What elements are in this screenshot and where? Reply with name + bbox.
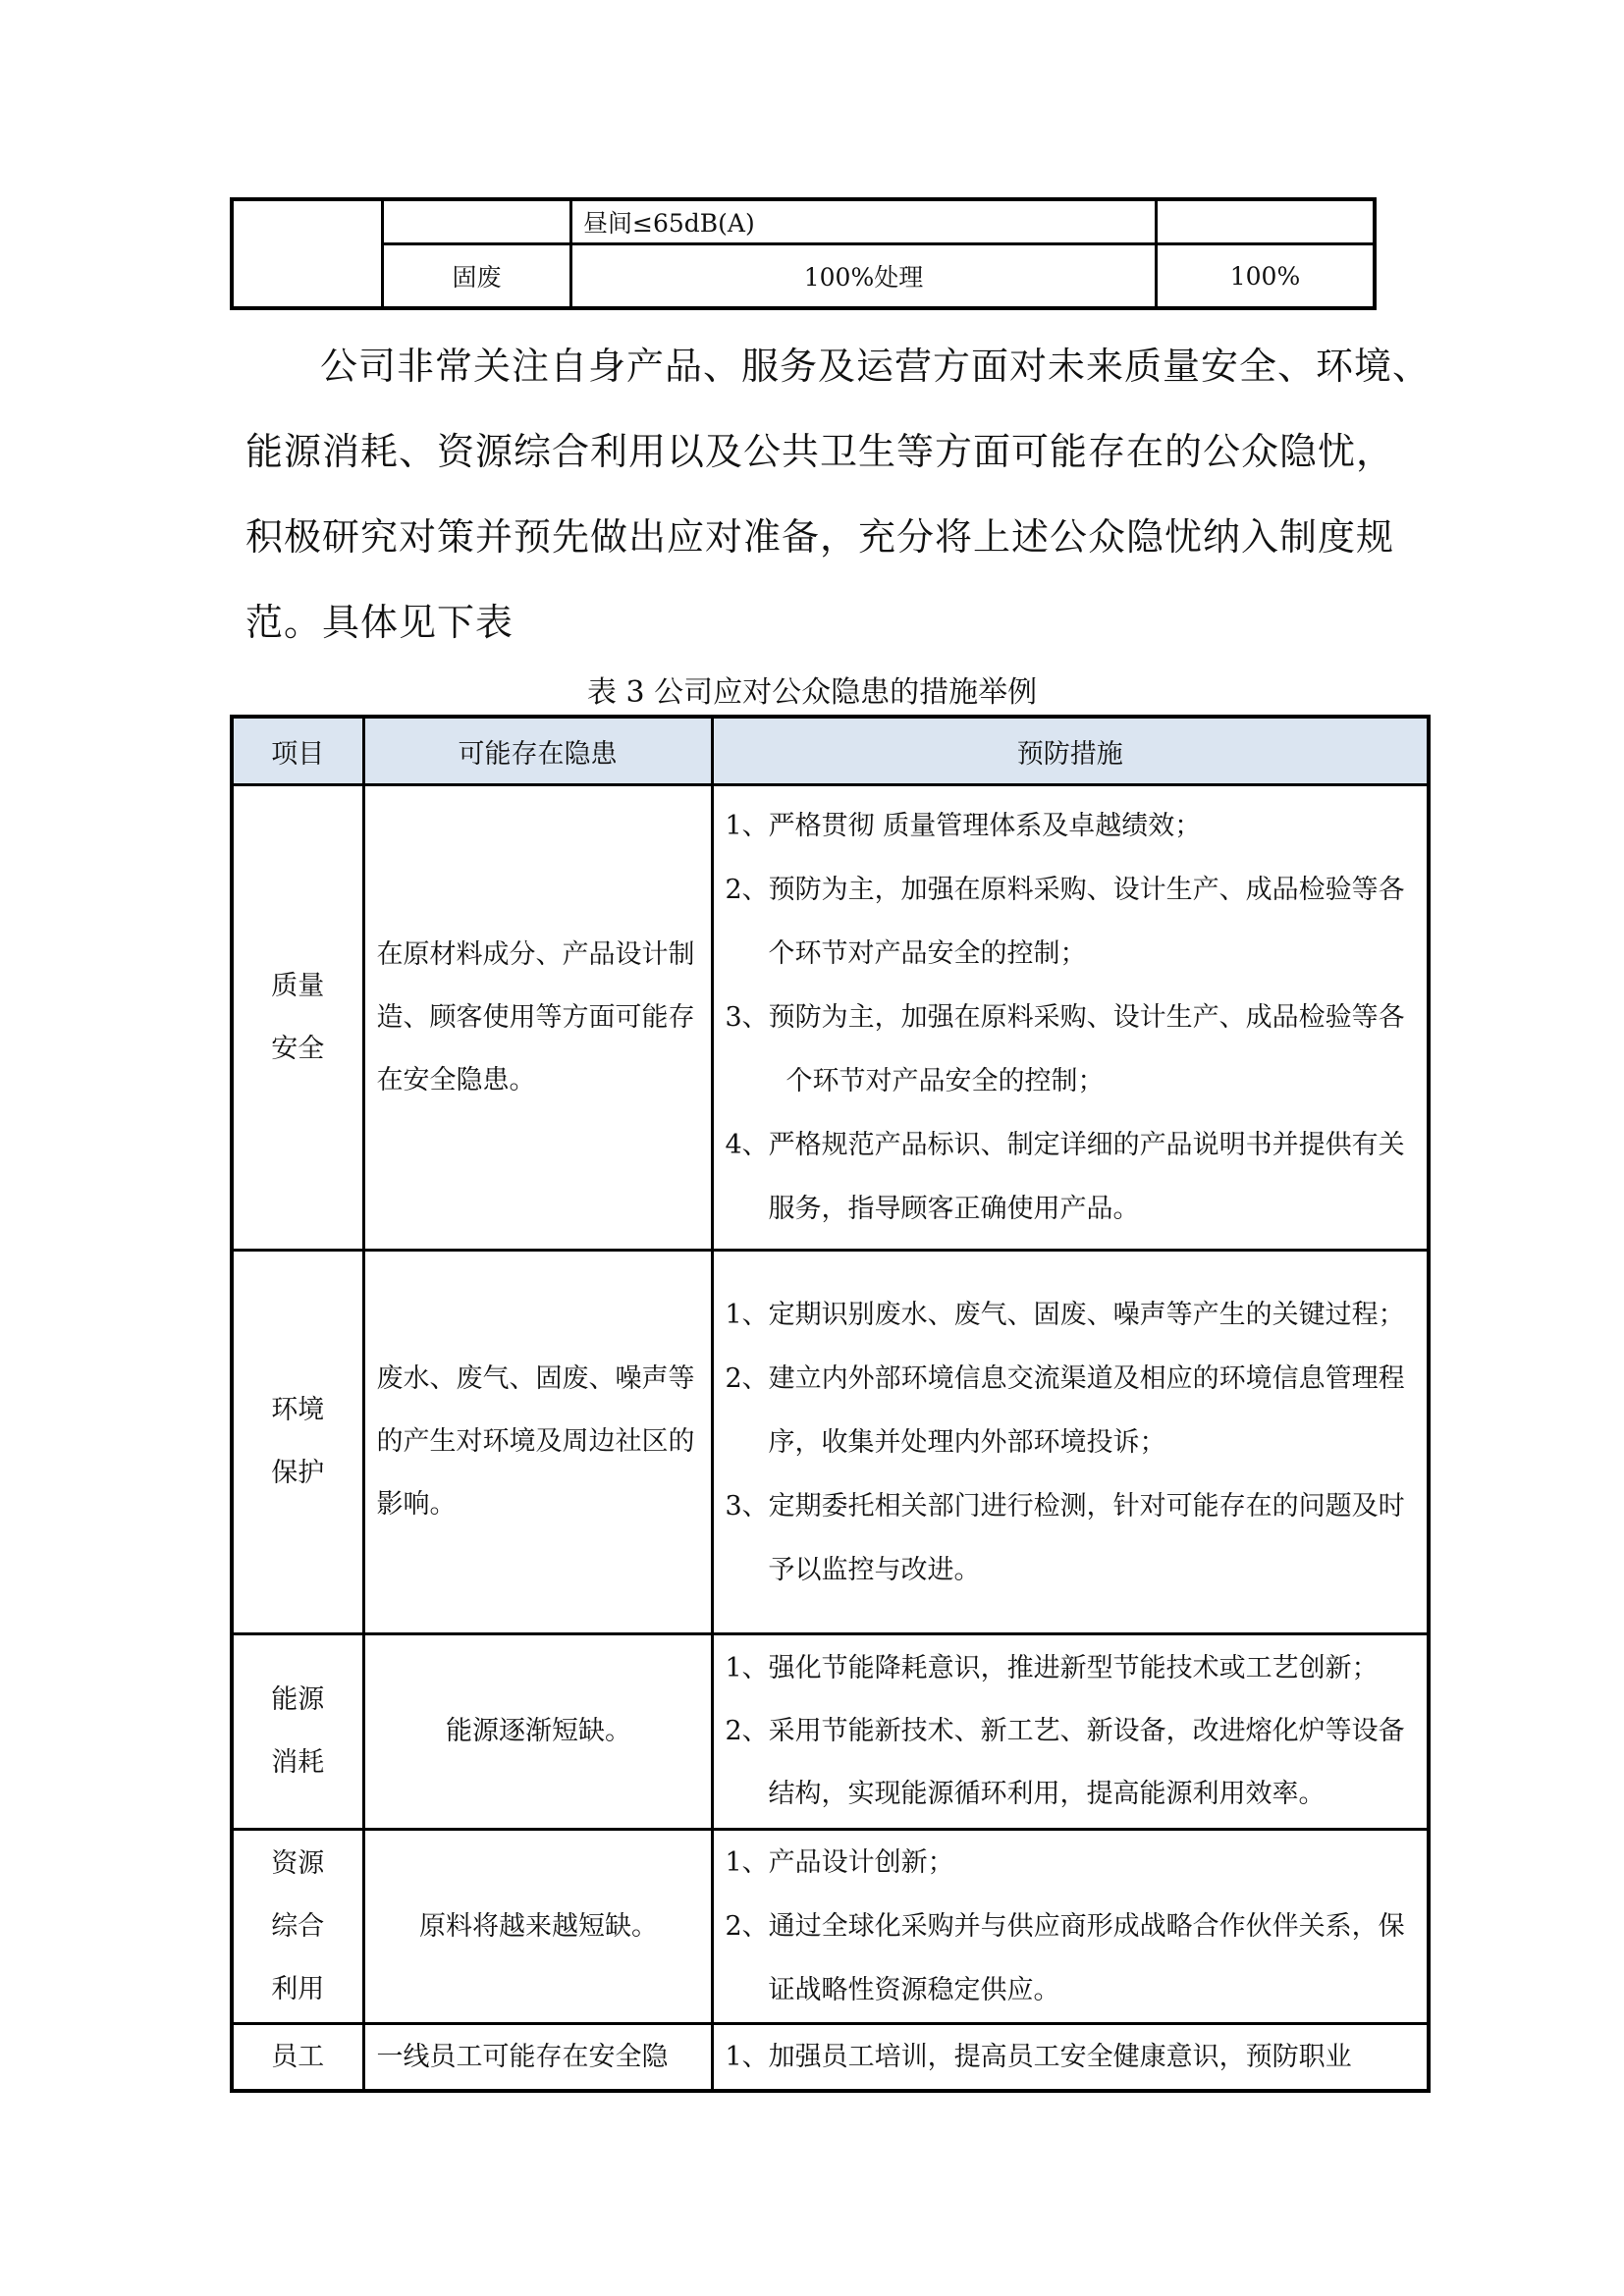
measure-item: 1、加强员工培训，提高员工安全健康意识，预防职业	[726, 2025, 1416, 2089]
measure-item: 3、定期委托相关部门进行检测，针对可能存在的问题及时予以监控与改进。	[726, 1474, 1416, 1602]
item-cell: 质量 安全	[232, 785, 363, 1251]
measure-item: 2、建立内外部环境信息交流渠道及相应的环境信息管理程序，收集并处理内外部环境投诉…	[726, 1347, 1416, 1474]
measure-item: 1、定期识别废水、废气、固废、噪声等产生的关键过程；	[726, 1283, 1416, 1347]
measure-item: 2、采用节能新技术、新工艺、新设备，改进熔化炉等设备结构，实现能源循环利用，提高…	[726, 1700, 1416, 1826]
measure-item: 2、通过全球化采购并与供应商形成战略合作伙伴关系，保证战略性资源稳定供应。	[726, 1895, 1416, 2022]
paragraph-line: 范。具体见下表	[245, 580, 1394, 666]
measures-cell: 1、产品设计创新； 2、通过全球化采购并与供应商形成战略合作伙伴关系，保证战略性…	[712, 1830, 1429, 2024]
hazard-cell: 一线员工可能存在安全隐	[363, 2024, 712, 2092]
header-measures: 预防措施	[712, 717, 1429, 785]
public-hazard-measures-table: 项目 可能存在隐患 预防措施 质量 安全 在原材料成分、产品设计制造、顾客使用等…	[230, 715, 1431, 2093]
table-row: 质量 安全 在原材料成分、产品设计制造、顾客使用等方面可能存在安全隐患。 1、严…	[232, 785, 1429, 1251]
measure-item: 1、产品设计创新；	[726, 1831, 1416, 1895]
table-header-row: 项目 可能存在隐患 预防措施	[232, 717, 1429, 785]
previous-table-continuation: 昼间≤65dB(A) 固废 100%处理 100%	[230, 197, 1377, 310]
hazard-cell: 原料将越来越短缺。	[363, 1830, 712, 2024]
paragraph-line: 能源消耗、资源综合利用以及公共卫生等方面可能存在的公众隐忧，	[245, 409, 1394, 495]
table-row: 环境 保护 废水、废气、固废、噪声等的产生对环境及周边社区的影响。 1、定期识别…	[232, 1251, 1429, 1634]
measures-cell: 1、定期识别废水、废气、固废、噪声等产生的关键过程； 2、建立内外部环境信息交流…	[712, 1251, 1429, 1634]
measures-cell: 1、强化节能降耗意识，推进新型节能技术或工艺创新； 2、采用节能新技术、新工艺、…	[712, 1634, 1429, 1830]
hazard-cell: 在原材料成分、产品设计制造、顾客使用等方面可能存在安全隐患。	[363, 785, 712, 1251]
body-paragraph: 公司非常关注自身产品、服务及运营方面对未来质量安全、环境、 能源消耗、资源综合利…	[245, 324, 1394, 666]
table-row: 员工 一线员工可能存在安全隐 1、加强员工培训，提高员工安全健康意识，预防职业	[232, 2024, 1429, 2092]
measure-item: 1、严格贯彻 质量管理体系及卓越绩效；	[726, 794, 1416, 858]
paragraph-line: 公司非常关注自身产品、服务及运营方面对未来质量安全、环境、	[245, 324, 1394, 409]
table-row: 资源 综合 利用 原料将越来越短缺。 1、产品设计创新； 2、通过全球化采购并与…	[232, 1830, 1429, 2024]
item-cell: 资源 综合 利用	[232, 1830, 363, 2024]
solid-waste-result: 100%	[1158, 245, 1373, 306]
solid-waste-label: 固废	[384, 245, 569, 306]
paragraph-line: 积极研究对策并预先做出应对准备，充分将上述公众隐忧纳入制度规	[245, 495, 1394, 580]
solid-waste-standard: 100%处理	[572, 245, 1155, 306]
measures-cell: 1、严格贯彻 质量管理体系及卓越绩效； 2、预防为主，加强在原料采购、设计生产、…	[712, 785, 1429, 1251]
table-row: 能源 消耗 能源逐渐短缺。 1、强化节能降耗意识，推进新型节能技术或工艺创新； …	[232, 1634, 1429, 1830]
measure-item: 3、预防为主，加强在原料采购、设计生产、成品检验等各个环节对产品安全的控制；	[726, 986, 1416, 1113]
measures-cell: 1、加强员工培训，提高员工安全健康意识，预防职业	[712, 2024, 1429, 2092]
measure-item: 4、严格规范产品标识、制定详细的产品说明书并提供有关服务，指导顾客正确使用产品。	[726, 1113, 1416, 1241]
header-hazard: 可能存在隐患	[363, 717, 712, 785]
item-cell: 环境 保护	[232, 1251, 363, 1634]
item-cell: 员工	[232, 2024, 363, 2092]
noise-daytime-standard: 昼间≤65dB(A)	[583, 201, 1153, 242]
item-cell: 能源 消耗	[232, 1634, 363, 1830]
hazard-cell: 能源逐渐短缺。	[363, 1634, 712, 1830]
table-caption: 表 3 公司应对公众隐患的措施举例	[0, 667, 1624, 711]
measure-item: 2、预防为主，加强在原料采购、设计生产、成品检验等各个环节对产品安全的控制；	[726, 858, 1416, 986]
header-item: 项目	[232, 717, 363, 785]
hazard-cell: 废水、废气、固废、噪声等的产生对环境及周边社区的影响。	[363, 1251, 712, 1634]
measure-item: 1、强化节能降耗意识，推进新型节能技术或工艺创新；	[726, 1637, 1416, 1700]
